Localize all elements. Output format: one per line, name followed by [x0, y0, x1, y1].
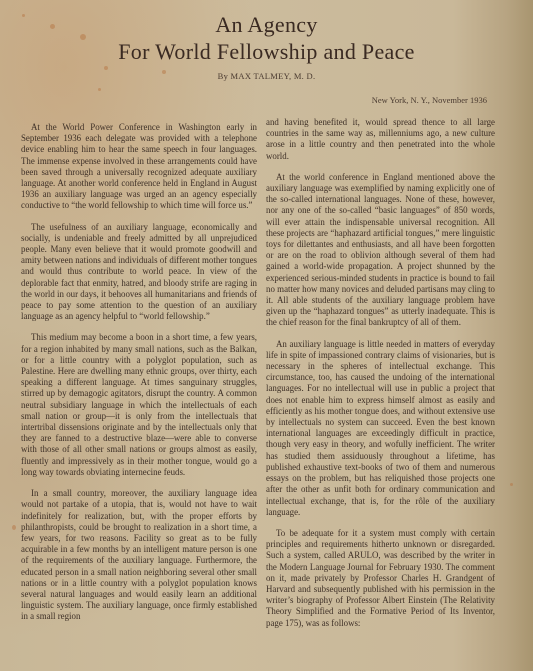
right-column: and having benefited it, would spread th…	[266, 117, 495, 639]
article-title-line1: An Agency	[0, 12, 533, 38]
paragraph-continued: and having benefited it, would spread th…	[266, 117, 495, 162]
foxing-spot	[98, 88, 101, 91]
paragraph: An auxiliary language is little needed i…	[266, 339, 495, 518]
paragraph: This medium may become a boon in a short…	[21, 332, 257, 478]
foxing-spot	[12, 525, 16, 530]
paragraph: At the world conference in England menti…	[266, 172, 495, 329]
author-byline: By MAX TALMEY, M. D.	[0, 71, 533, 81]
foxing-spot	[510, 483, 513, 486]
paragraph: At the World Power Conference in Washing…	[21, 122, 257, 212]
article-header: An Agency For World Fellowship and Peace…	[0, 12, 533, 81]
scanned-page: An Agency For World Fellowship and Peace…	[0, 0, 533, 671]
paragraph: The usefulness of an auxiliary language,…	[21, 222, 257, 323]
paragraph: To be adequate for it a system must comp…	[266, 528, 495, 629]
paragraph: In a small country, moreover, the auxili…	[21, 488, 257, 622]
left-column: At the World Power Conference in Washing…	[21, 122, 257, 633]
dateline: New York, N. Y., November 1936	[372, 95, 487, 105]
article-title-line2: For World Fellowship and Peace	[0, 38, 533, 65]
